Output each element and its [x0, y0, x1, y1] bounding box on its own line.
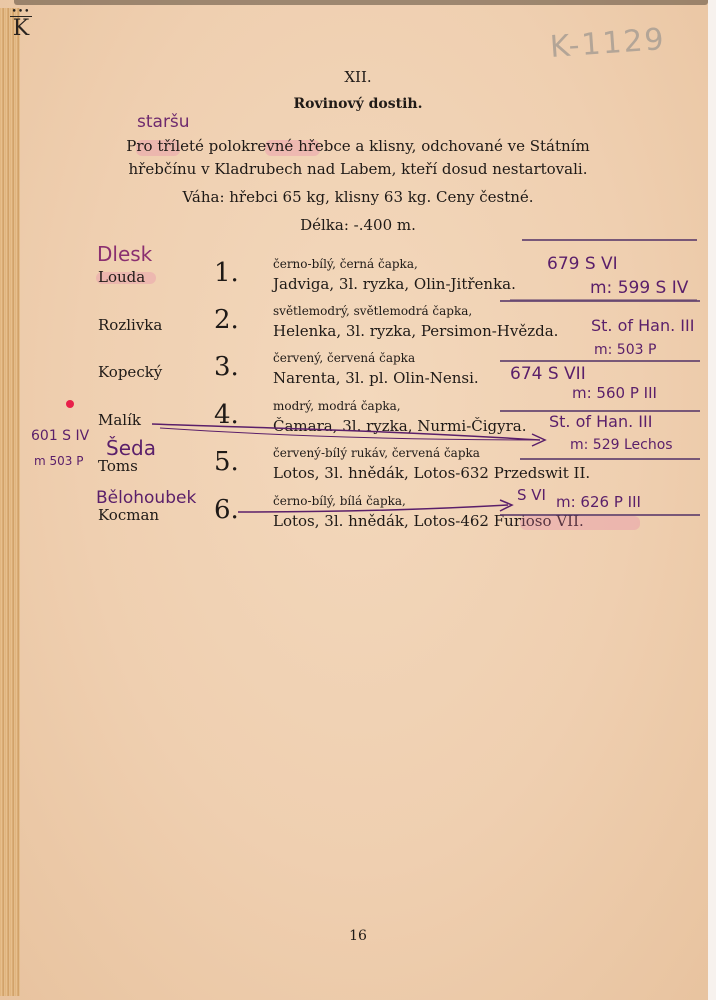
handwritten-arrows	[0, 0, 716, 1000]
document-page: ••• K K-1129 XII. Rovinový dostih. starš…	[0, 0, 716, 1000]
page-number: 16	[0, 928, 716, 944]
